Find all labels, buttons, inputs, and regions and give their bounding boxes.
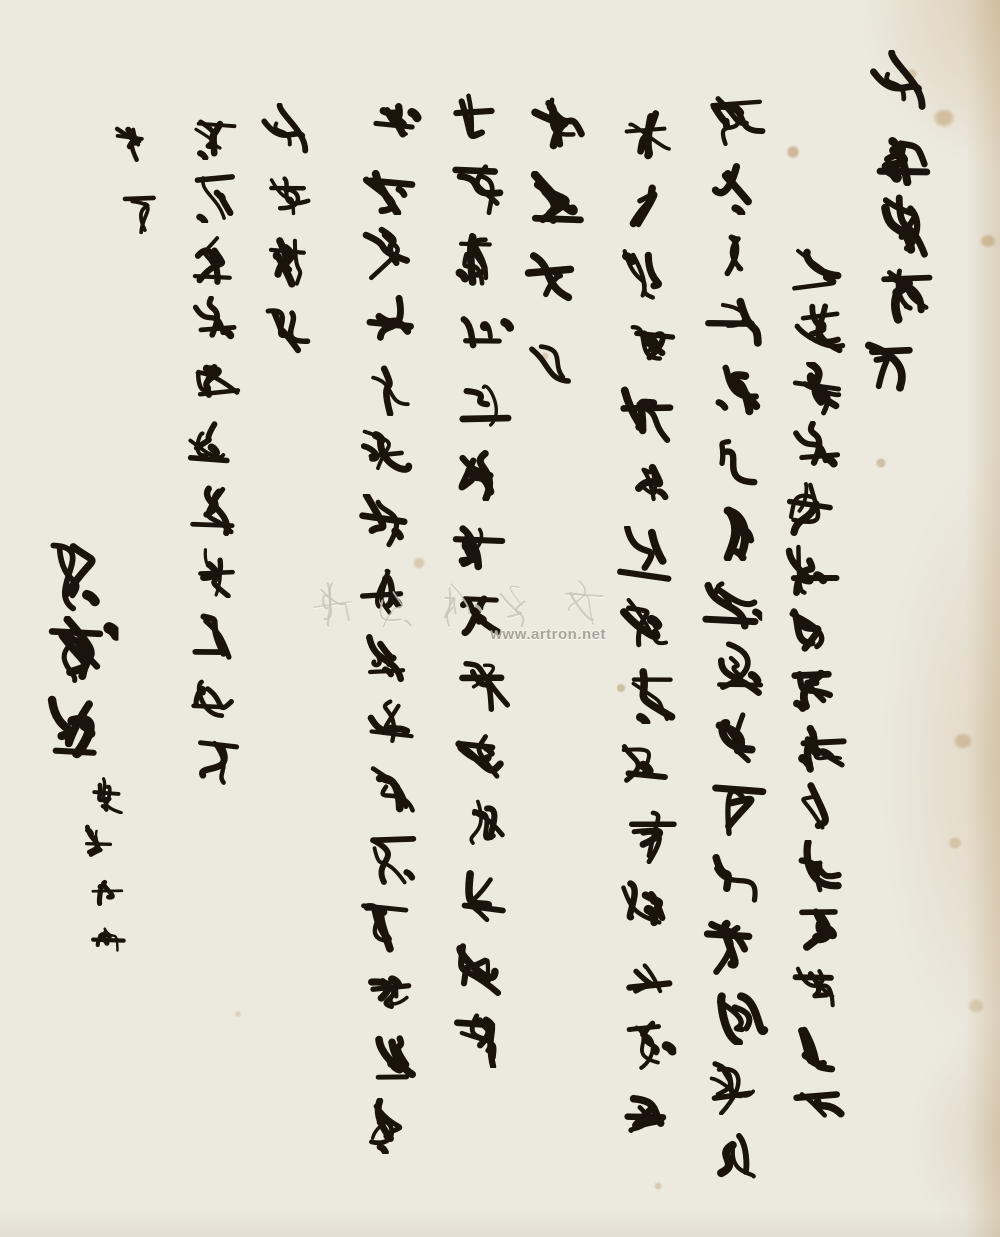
calligraphy-glyph bbox=[707, 86, 767, 146]
calligraphy-glyph bbox=[618, 876, 676, 934]
calligraphy-glyph bbox=[358, 494, 414, 550]
calligraphy-glyph bbox=[707, 501, 767, 561]
calligraphy-glyph bbox=[712, 985, 772, 1045]
calligraphy-glyph bbox=[262, 235, 316, 289]
calligraphy-glyph bbox=[785, 780, 841, 836]
calligraphy-glyph bbox=[864, 338, 928, 402]
calligraphy-glyph bbox=[261, 301, 315, 355]
calligraphy-glyph bbox=[875, 266, 939, 330]
calligraphy-glyph bbox=[618, 1016, 676, 1074]
calligraphy-glyph bbox=[450, 445, 506, 501]
calligraphy-glyph bbox=[619, 596, 677, 654]
calligraphy-glyph bbox=[361, 360, 417, 416]
calligraphy-glyph bbox=[787, 959, 843, 1015]
calligraphy-glyph bbox=[361, 629, 417, 685]
calligraphy-glyph bbox=[866, 50, 930, 114]
calligraphy-glyph bbox=[792, 840, 848, 896]
calligraphy-glyph bbox=[702, 155, 762, 215]
column-body-6: 凄当芳拘一采蓬辉倘势如何已见好不 bbox=[355, 92, 425, 1154]
calligraphy-glyph bbox=[707, 1055, 767, 1115]
column-greeting: 时甸兄左右 bbox=[864, 50, 940, 402]
calligraphy-glyph bbox=[705, 224, 765, 284]
calligraphy-glyph bbox=[621, 246, 679, 304]
calligraphy-glyph bbox=[790, 1079, 846, 1135]
calligraphy-glyph bbox=[624, 316, 682, 374]
calligraphy-glyph bbox=[621, 806, 679, 864]
calligraphy-glyph bbox=[359, 427, 415, 483]
calligraphy-glyph bbox=[873, 122, 937, 186]
calligraphy-glyph bbox=[709, 640, 769, 700]
calligraphy-glyph bbox=[454, 870, 510, 926]
calligraphy-glyph bbox=[119, 190, 165, 236]
calligraphy-glyph bbox=[792, 302, 848, 358]
column-body-8: 劳玉凝已握手不匆匆临问 bbox=[179, 108, 247, 786]
calligraphy-glyph bbox=[361, 1098, 417, 1154]
column-signature: 蓬子启 bbox=[34, 540, 124, 768]
calligraphy-glyph bbox=[790, 362, 846, 418]
calligraphy-glyph bbox=[451, 516, 507, 572]
calligraphy-glyph bbox=[452, 586, 508, 642]
column-date: 五月十五 bbox=[76, 776, 130, 958]
calligraphy-glyph bbox=[43, 616, 119, 692]
calligraphy-glyph bbox=[527, 171, 589, 233]
calligraphy-glyph bbox=[624, 946, 682, 1004]
calligraphy-glyph bbox=[706, 1124, 766, 1184]
calligraphy-glyph bbox=[452, 90, 508, 146]
calligraphy-glyph bbox=[258, 103, 312, 157]
calligraphy-glyph bbox=[710, 778, 770, 838]
calligraphy-glyph bbox=[181, 421, 233, 473]
calligraphy-glyph bbox=[362, 830, 418, 886]
calligraphy-glyph bbox=[187, 171, 239, 223]
calligraphy-glyph bbox=[453, 728, 509, 784]
calligraphy-glyph bbox=[617, 176, 675, 234]
calligraphy-glyph bbox=[190, 296, 242, 348]
calligraphy-glyph bbox=[362, 763, 418, 819]
calligraphy-glyph bbox=[618, 386, 676, 444]
calligraphy-glyph bbox=[525, 251, 587, 313]
calligraphy-glyph bbox=[368, 92, 424, 148]
calligraphy-glyph bbox=[363, 696, 419, 752]
calligraphy-glyph bbox=[450, 232, 506, 288]
calligraphy-glyph bbox=[262, 169, 316, 223]
calligraphy-glyph bbox=[781, 481, 837, 537]
calligraphy-glyph bbox=[705, 432, 765, 492]
calligraphy-glyph bbox=[622, 456, 680, 514]
calligraphy-glyph bbox=[190, 108, 242, 160]
calligraphy-glyph bbox=[450, 1012, 506, 1068]
calligraphy-glyph bbox=[789, 660, 845, 716]
calligraphy-glyph bbox=[622, 666, 680, 724]
calligraphy-glyph bbox=[790, 421, 846, 477]
calligraphy-glyph bbox=[109, 118, 155, 164]
watermark-glyph bbox=[556, 579, 606, 629]
column-body-7: 时下生计 bbox=[257, 103, 321, 355]
calligraphy-glyph bbox=[702, 570, 762, 630]
calligraphy-glyph bbox=[706, 847, 766, 907]
calligraphy-glyph bbox=[356, 897, 412, 953]
calligraphy-glyph bbox=[364, 293, 420, 349]
calligraphy-glyph bbox=[185, 671, 237, 723]
calligraphy-glyph bbox=[704, 294, 764, 354]
calligraphy-glyph bbox=[711, 363, 771, 423]
calligraphy-glyph bbox=[186, 233, 238, 285]
calligraphy-glyph bbox=[188, 484, 240, 536]
column-closing: 敬礼 bbox=[110, 118, 164, 236]
column-body-4: 然而以先 bbox=[521, 92, 587, 392]
column-body-5: 过为论极玉已少佚案女空豆崇号 bbox=[447, 90, 515, 1068]
calligraphy-glyph bbox=[784, 541, 840, 597]
calligraphy-glyph bbox=[458, 303, 514, 359]
calligraphy-glyph bbox=[785, 601, 841, 657]
column-body-1: 不蒙尘已北録登与透视进摇録风及 bbox=[779, 242, 851, 1135]
calligraphy-glyph bbox=[793, 900, 849, 956]
column-body-3: 寿稼与台皆爱黏连得一以会事性当 bbox=[613, 106, 685, 1144]
calligraphy-glyph bbox=[450, 941, 506, 997]
calligraphy-glyph bbox=[617, 526, 675, 584]
calligraphy-glyph bbox=[712, 709, 772, 769]
calligraphy-glyph bbox=[617, 736, 675, 794]
calligraphy-glyph bbox=[871, 194, 935, 258]
column-body-2: 霞匆沈眺以医报告进未叔见而根唯主 bbox=[699, 86, 773, 1184]
calligraphy-glyph bbox=[79, 824, 117, 862]
watermark-glyph bbox=[310, 579, 360, 629]
calligraphy-glyph bbox=[41, 692, 117, 768]
calligraphy-glyph bbox=[621, 106, 679, 164]
calligraphy-glyph bbox=[367, 1031, 423, 1087]
calligraphy-glyph bbox=[458, 374, 514, 430]
calligraphy-glyph bbox=[359, 226, 415, 282]
calligraphy-glyph bbox=[524, 330, 586, 392]
calligraphy-glyph bbox=[529, 92, 591, 154]
calligraphy-glyph bbox=[90, 920, 128, 958]
calligraphy-glyph bbox=[87, 872, 125, 910]
calligraphy-glyph bbox=[90, 776, 128, 814]
calligraphy-glyph bbox=[790, 242, 846, 298]
calligraphy-glyph bbox=[458, 799, 514, 855]
calligraphy-glyph bbox=[190, 546, 242, 598]
calligraphy-glyph bbox=[793, 720, 849, 776]
calligraphy-glyph bbox=[192, 358, 244, 410]
calligraphy-glyph bbox=[191, 734, 243, 786]
calligraphy-glyph bbox=[616, 1086, 674, 1144]
calligraphy-glyph bbox=[456, 657, 512, 713]
calligraphy-glyph bbox=[701, 916, 761, 976]
calligraphy-glyph bbox=[788, 1019, 844, 1075]
calligraphy-glyph bbox=[361, 159, 417, 215]
calligraphy-glyph bbox=[185, 609, 237, 661]
calligraphy-glyph bbox=[35, 540, 111, 616]
calligraphy-glyph bbox=[451, 161, 507, 217]
calligraphy-glyph bbox=[362, 964, 418, 1020]
letter-scan: 时甸兄左右 不蒙尘已北録登与透视进摇録风及 霞匆沈眺以医报告进未叔见而根唯主 寿… bbox=[0, 0, 1000, 1237]
calligraphy-glyph bbox=[356, 561, 412, 617]
